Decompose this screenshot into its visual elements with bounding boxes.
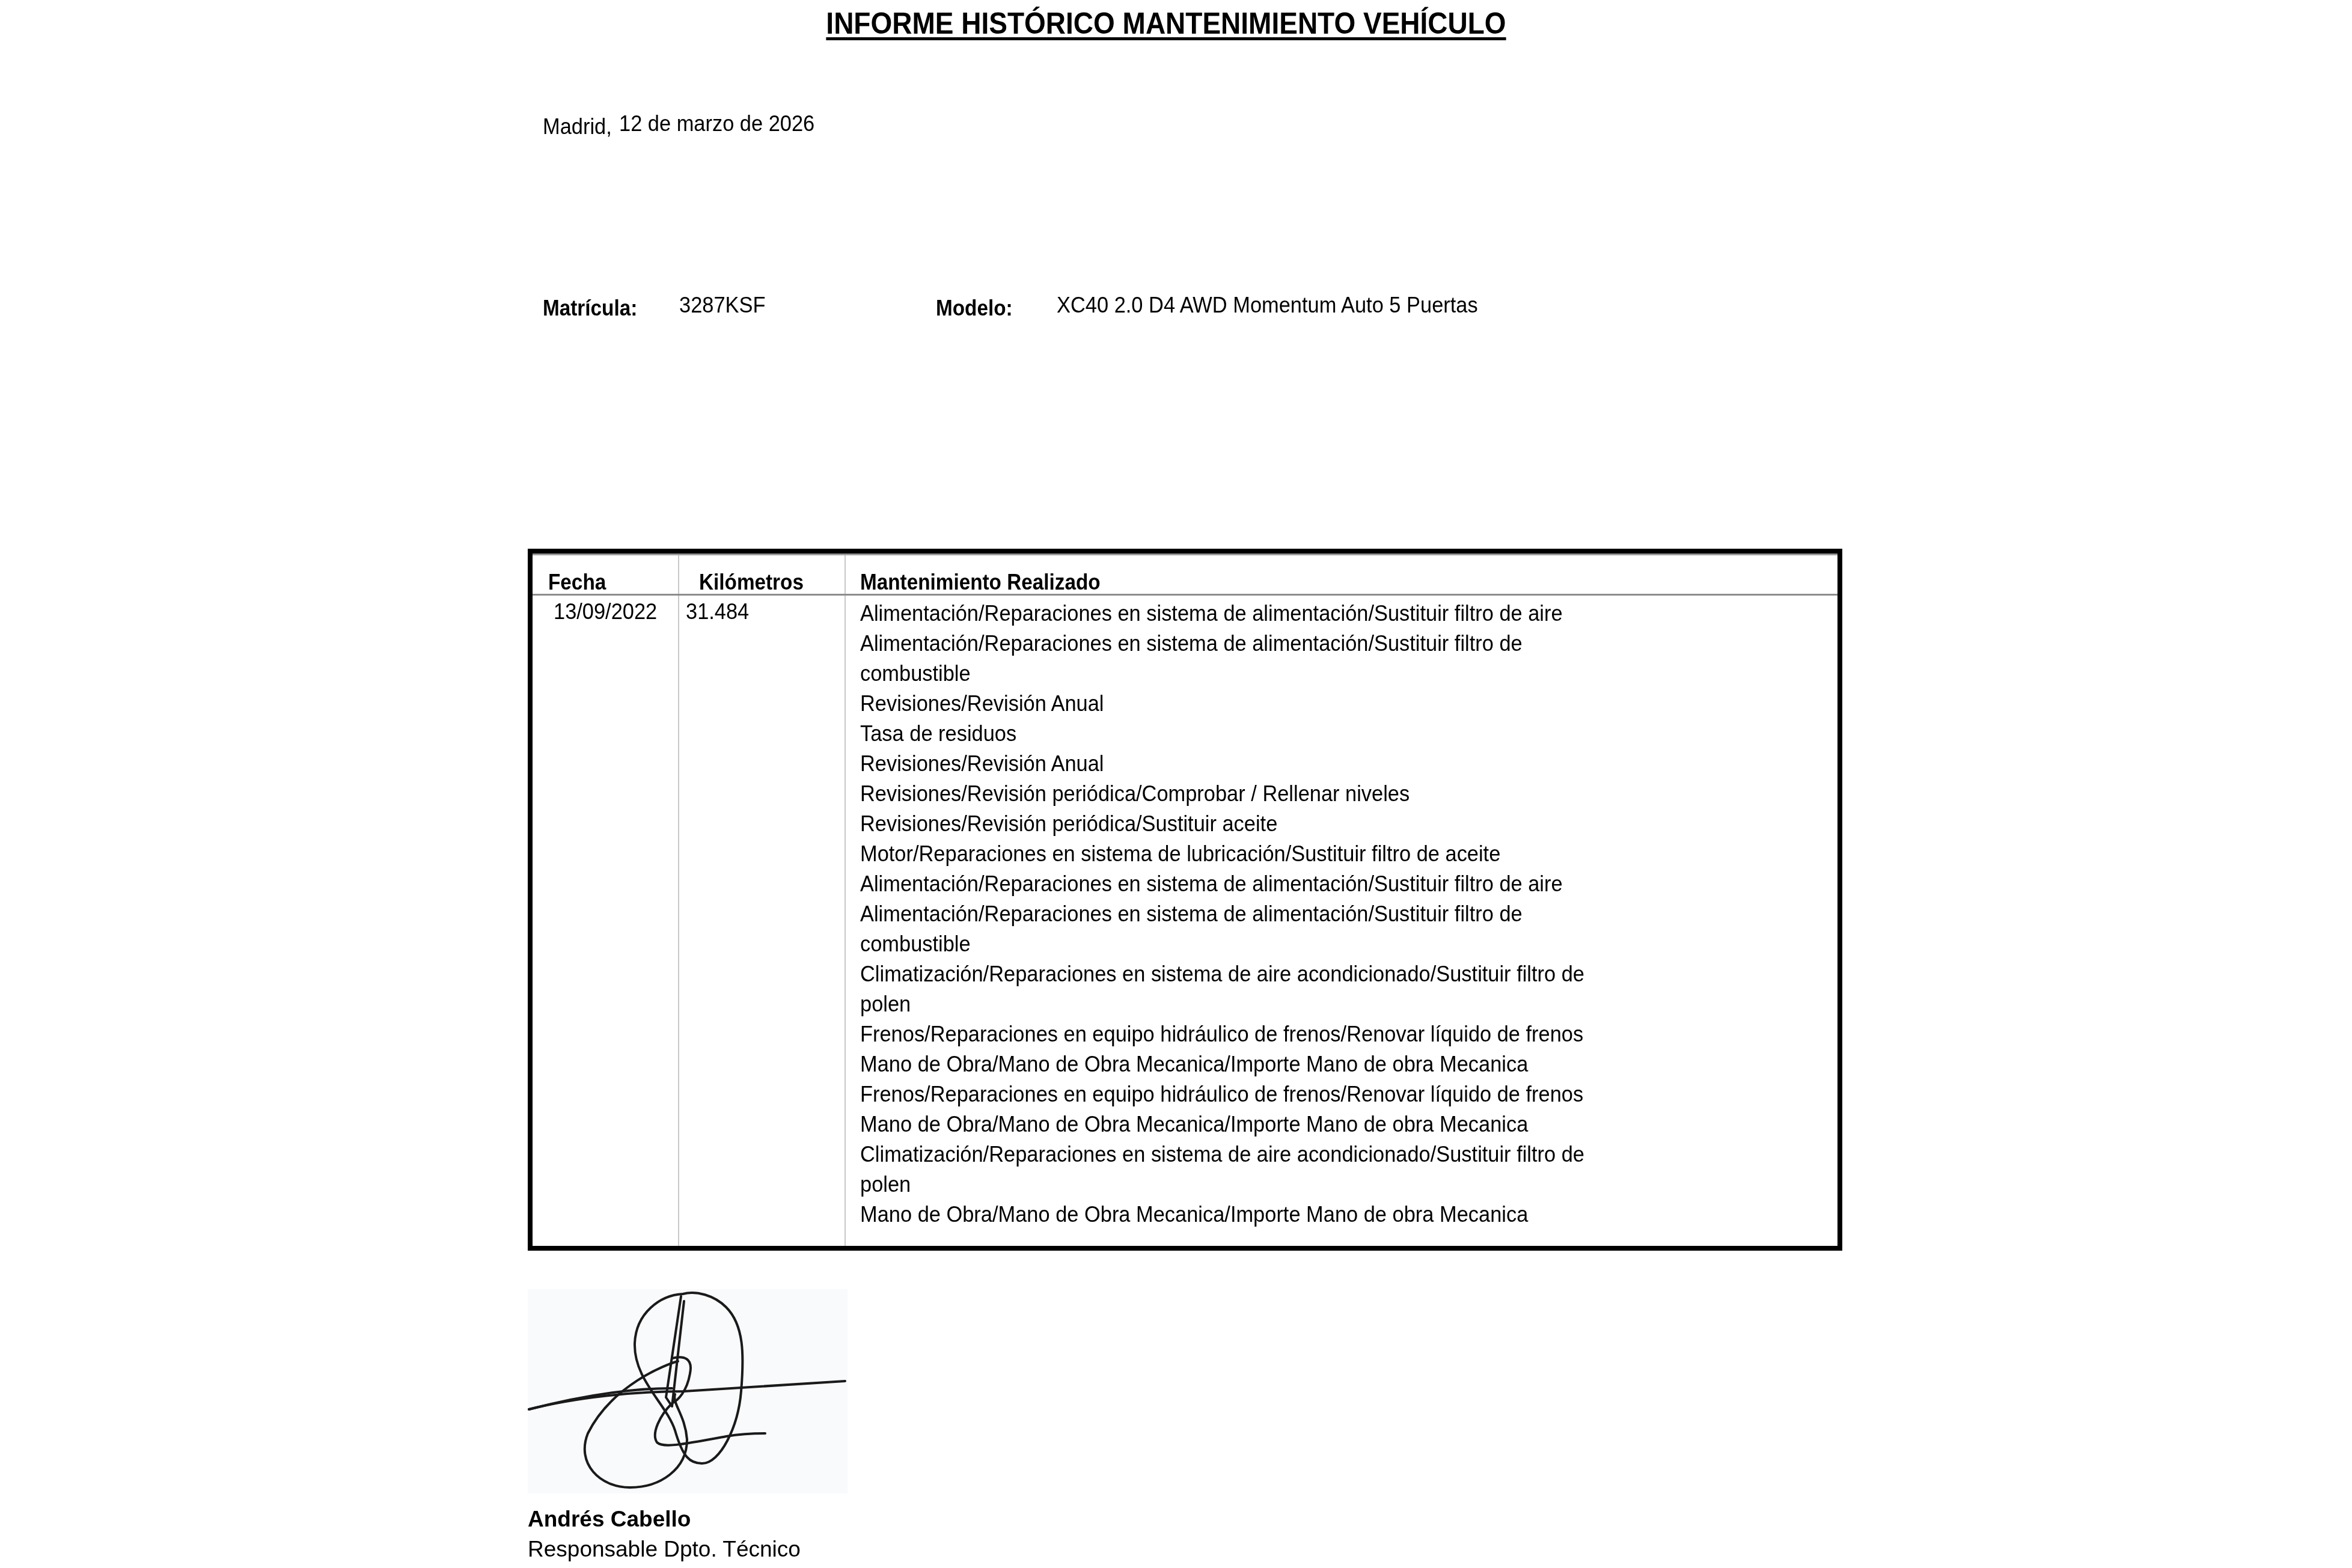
- maintenance-line: Revisiones/Revisión periódica/Sustituir …: [860, 809, 1584, 839]
- maintenance-line: Revisiones/Revisión Anual: [860, 689, 1584, 719]
- signer-name: Andrés Cabello: [528, 1507, 691, 1532]
- row-km: 31.484: [686, 599, 749, 624]
- document-title: INFORME HISTÓRICO MANTENIMIENTO VEHÍCULO: [93, 6, 2239, 41]
- plate-value: 3287KSF: [679, 293, 765, 318]
- column-divider: [845, 554, 846, 1246]
- signer-role: Responsable Dpto. Técnico: [528, 1537, 801, 1562]
- maintenance-line: Revisiones/Revisión Anual: [860, 749, 1584, 779]
- model-label: Modelo:: [936, 296, 1013, 321]
- maintenance-line: Mano de Obra/Mano de Obra Mecanica/Impor…: [860, 1200, 1584, 1230]
- header-fecha: Fecha: [548, 570, 606, 595]
- maintenance-line: combustible: [860, 929, 1584, 959]
- report-date: 12 de marzo de 2026: [619, 111, 814, 136]
- maintenance-list: Alimentación/Reparaciones en sistema de …: [860, 599, 1639, 1230]
- header-kilometros: Kilómetros: [699, 570, 804, 595]
- plate-label: Matrícula:: [543, 296, 637, 321]
- model-value: XC40 2.0 D4 AWD Momentum Auto 5 Puertas: [1057, 293, 1478, 318]
- maintenance-line: Mano de Obra/Mano de Obra Mecanica/Impor…: [860, 1109, 1584, 1139]
- maintenance-line: Climatización/Reparaciones en sistema de…: [860, 959, 1584, 989]
- maintenance-line: combustible: [860, 659, 1584, 689]
- signature-icon: [528, 1289, 848, 1493]
- maintenance-line: Mano de Obra/Mano de Obra Mecanica/Impor…: [860, 1049, 1584, 1079]
- maintenance-line: Revisiones/Revisión periódica/Comprobar …: [860, 779, 1584, 809]
- maintenance-line: Alimentación/Reparaciones en sistema de …: [860, 599, 1584, 629]
- column-divider: [678, 554, 679, 1246]
- maintenance-line: Alimentación/Reparaciones en sistema de …: [860, 899, 1584, 929]
- header-mantenimiento: Mantenimiento Realizado: [860, 570, 1101, 595]
- place-label: Madrid,: [543, 114, 612, 139]
- maintenance-line: polen: [860, 1170, 1584, 1200]
- maintenance-line: Frenos/Reparaciones en equipo hidráulico…: [860, 1079, 1584, 1109]
- maintenance-line: Frenos/Reparaciones en equipo hidráulico…: [860, 1019, 1584, 1049]
- maintenance-line: Motor/Reparaciones en sistema de lubrica…: [860, 839, 1584, 869]
- header-top-line: [533, 554, 1837, 555]
- maintenance-line: Alimentación/Reparaciones en sistema de …: [860, 869, 1584, 899]
- maintenance-line: Climatización/Reparaciones en sistema de…: [860, 1139, 1584, 1170]
- maintenance-line: Alimentación/Reparaciones en sistema de …: [860, 629, 1584, 659]
- maintenance-line: polen: [860, 989, 1584, 1019]
- maintenance-table: Fecha Kilómetros Mantenimiento Realizado…: [528, 549, 1842, 1251]
- row-date: 13/09/2022: [554, 599, 657, 624]
- maintenance-line: Tasa de residuos: [860, 719, 1584, 749]
